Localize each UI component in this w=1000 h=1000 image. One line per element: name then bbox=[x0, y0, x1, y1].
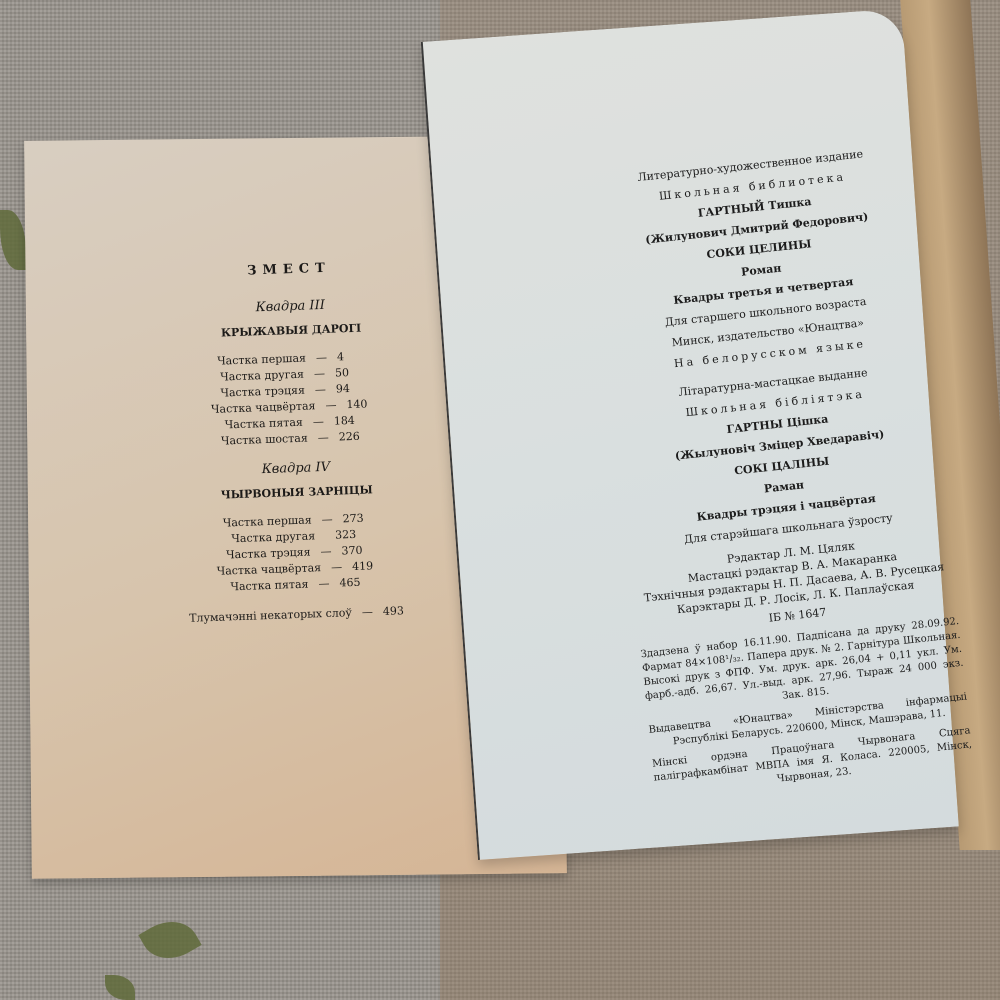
leaf-pattern bbox=[0, 210, 26, 270]
book-heading: ЧЫРВОНЫЯ ЗАРНІЦЫ bbox=[172, 482, 422, 504]
leaf-pattern bbox=[138, 910, 201, 970]
table-of-contents: ЗМЕСТ Квадра III КРЫЖАВЫЯ ДАРОГІ Частка … bbox=[164, 258, 426, 628]
part-heading: Квадра III bbox=[165, 295, 415, 319]
leaf-pattern bbox=[105, 975, 135, 1000]
book-heading: КРЫЖАВЫЯ ДАРОГІ bbox=[166, 320, 416, 342]
imprint-page: Литературно-художественное издание Школь… bbox=[590, 139, 974, 800]
